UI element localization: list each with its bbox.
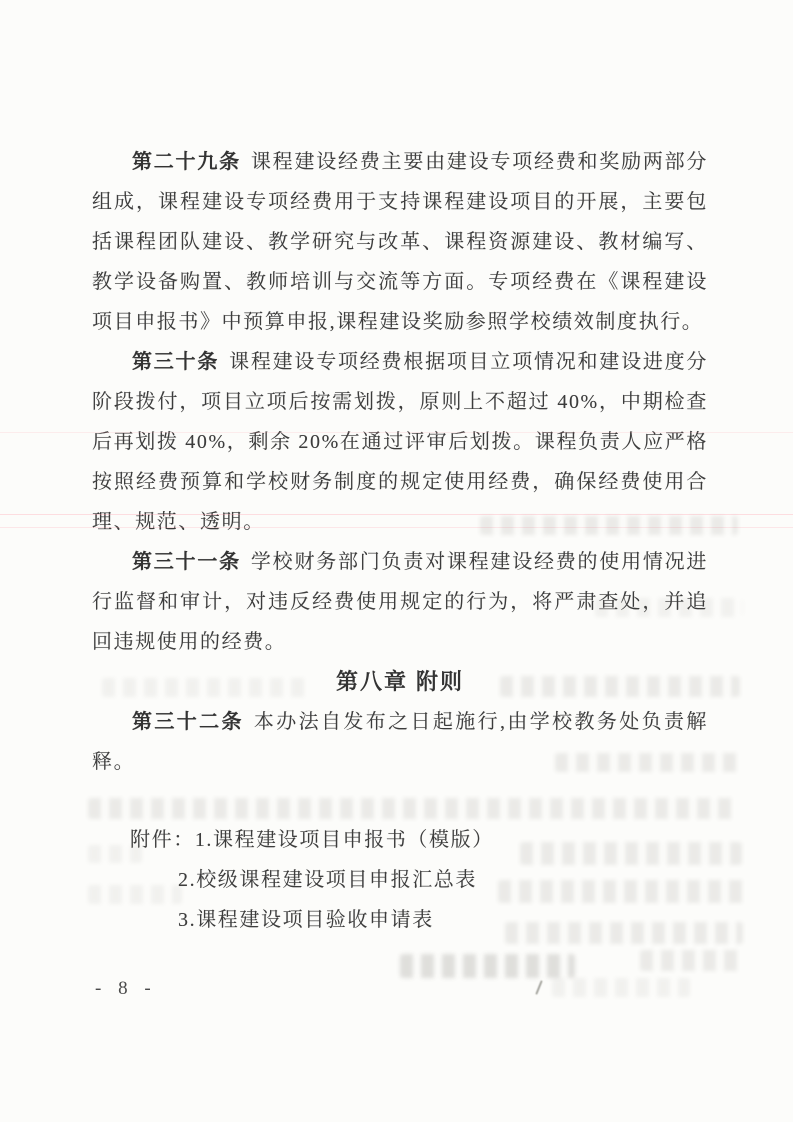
article-number: 第三十一条: [132, 551, 241, 573]
bleedthrough-artifact: [498, 880, 744, 903]
article-paragraph-30: 第三十条课程建设专项经费根据项目立项情况和建设进度分阶段拨付，项目立项后按需划拨…: [92, 342, 708, 542]
bleedthrough-artifact: [505, 922, 743, 944]
page-number: - 8 -: [95, 978, 157, 1000]
bleedthrough-artifact: [552, 978, 690, 997]
article-number: 第三十二条: [132, 711, 244, 733]
document-body: 第二十九条课程建设经费主要由建设专项经费和奖励两部分组成，课程建设专项经费用于支…: [92, 142, 708, 782]
attachments-label: 附件：: [130, 829, 195, 851]
article-text: 课程建设专项经费根据项目立项情况和建设进度分阶段拨付，项目立项后按需划拨，原则上…: [92, 351, 708, 533]
attachment-line: 3.课程建设项目验收申请表: [130, 900, 494, 940]
chapter-heading: 第八章 附则: [92, 662, 708, 702]
pen-mark-artifact: [535, 980, 542, 995]
attachment-item: 3.课程建设项目验收申请表: [178, 909, 434, 931]
article-paragraph-32: 第三十二条本办法自发布之日起施行,由学校教务处负责解释。: [92, 702, 708, 782]
document-page: 第二十九条课程建设经费主要由建设专项经费和奖励两部分组成，课程建设专项经费用于支…: [0, 0, 793, 1122]
attachment-item: 2.校级课程建设项目申报汇总表: [178, 869, 477, 891]
bleedthrough-artifact: [640, 950, 744, 971]
article-text: 课程建设经费主要由建设专项经费和奖励两部分组成，课程建设专项经费用于支持课程建设…: [92, 151, 708, 333]
bleedthrough-artifact: [88, 798, 738, 819]
article-paragraph-29: 第二十九条课程建设经费主要由建设专项经费和奖励两部分组成，课程建设专项经费用于支…: [92, 142, 708, 342]
article-paragraph-31: 第三十一条学校财务部门负责对课程建设经费的使用情况进行监督和审计，对违反经费使用…: [92, 542, 708, 662]
attachment-line: 2.校级课程建设项目申报汇总表: [130, 860, 494, 900]
attachment-line: 附件：1.课程建设项目申报书（模版）: [130, 820, 494, 860]
attachment-item: 1.课程建设项目申报书（模版）: [195, 829, 494, 851]
attachments-block: 附件：1.课程建设项目申报书（模版） 2.校级课程建设项目申报汇总表 3.课程建…: [130, 820, 494, 940]
article-number: 第二十九条: [132, 151, 241, 173]
bleedthrough-artifact: [520, 842, 742, 865]
bleedthrough-artifact: [400, 954, 575, 978]
article-number: 第三十条: [132, 351, 219, 373]
